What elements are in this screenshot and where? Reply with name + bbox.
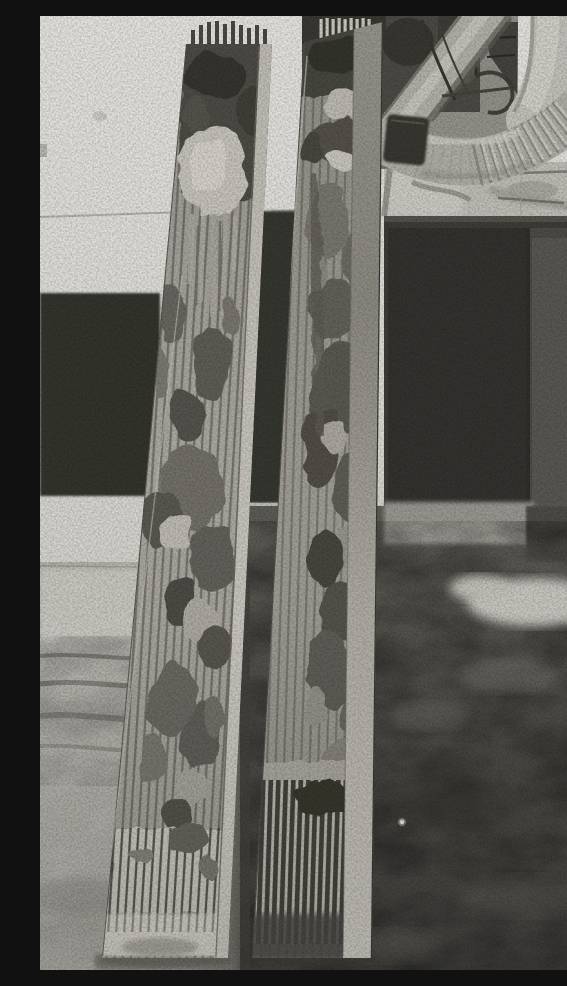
photograph-figure: Two fouled rod-rack assemblies leaning a… [40, 16, 567, 970]
photo-canvas: Two fouled rod-rack assemblies leaning a… [40, 16, 567, 970]
grain-overlay [40, 16, 567, 970]
